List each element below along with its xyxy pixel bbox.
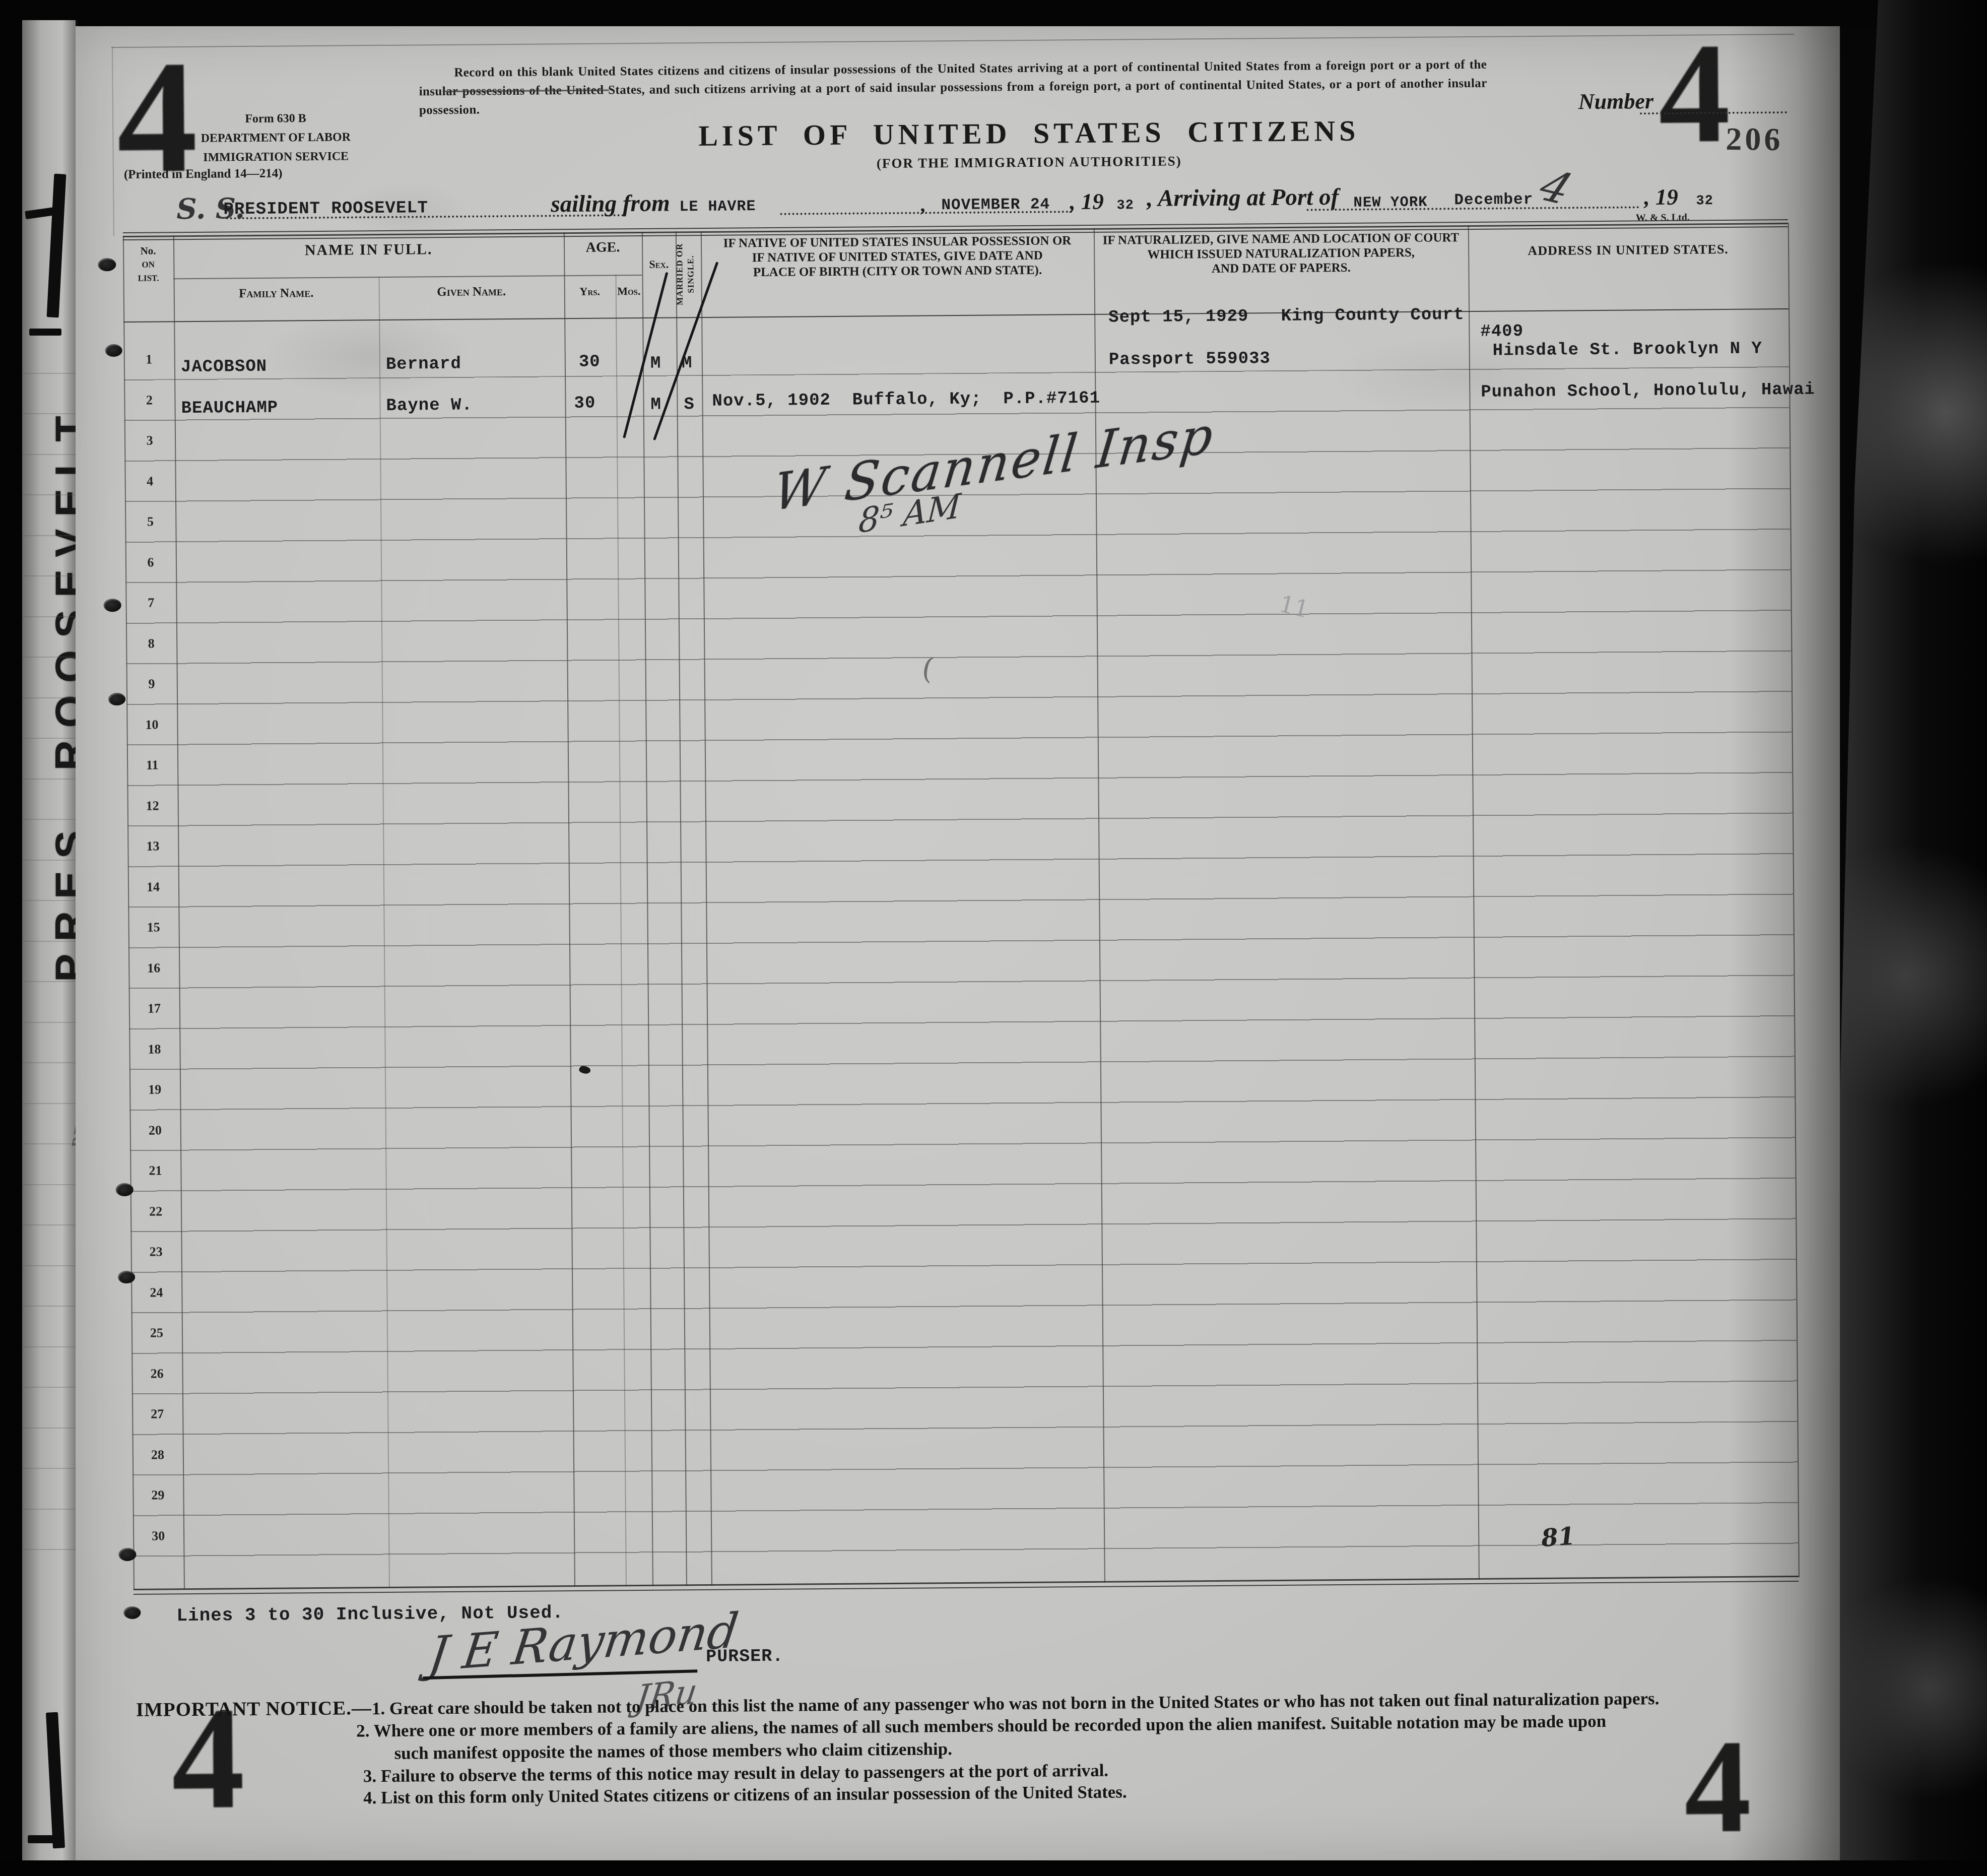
header-given-name: Given Name. xyxy=(379,284,564,300)
row2-given-name: Bayne W. xyxy=(386,396,473,416)
row1-sex: M xyxy=(650,354,661,373)
row-number: 21 xyxy=(130,1163,180,1179)
row-number: 25 xyxy=(131,1325,182,1341)
row-number: 24 xyxy=(131,1285,181,1301)
row1-given-name: Bernard xyxy=(386,355,461,374)
arrival-month: December xyxy=(1454,191,1533,209)
row-number: 1 xyxy=(124,352,174,367)
corner-stamp-top-right: 4 xyxy=(1658,35,1731,151)
row-number: 7 xyxy=(125,595,176,611)
notice-line-3: such manifest opposite the names of thos… xyxy=(394,1739,952,1764)
row2-age-yrs: 30 xyxy=(574,394,595,413)
row2-family-name: BEAUCHAMP xyxy=(181,399,278,419)
header-birth: IF NATIVE OF UNITED STATES INSULAR POSSE… xyxy=(701,233,1094,280)
header-on: ON xyxy=(123,257,173,272)
arrival-port: NEW YORK xyxy=(1353,194,1427,211)
row-number: 12 xyxy=(127,798,178,814)
arrival-year-printed: , 19 xyxy=(1644,184,1678,211)
row2-sex: M xyxy=(650,396,661,415)
comma-separator: , xyxy=(920,192,925,216)
row-number: 5 xyxy=(125,514,175,530)
form-border-top xyxy=(111,34,1794,48)
row1-naturalization-line2: Passport 559033 xyxy=(1109,349,1271,370)
tally-mark: 81 xyxy=(1540,1522,1576,1552)
row-number: 26 xyxy=(131,1366,182,1382)
header-yrs: Yrs. xyxy=(564,285,616,298)
arrival-year-typed: 32 xyxy=(1696,193,1713,209)
manifest-sheet: 4 4 4 4 Form 630 B DEPARTMENT OF LABOR I… xyxy=(76,26,1840,1866)
punch-hole xyxy=(108,693,125,705)
row-number: 3 xyxy=(124,433,175,448)
notice-line-5: 4. List on this form only United States … xyxy=(363,1782,1127,1808)
row-number: 6 xyxy=(125,555,176,570)
punch-hole xyxy=(105,344,122,357)
header-sex: Sex. xyxy=(642,257,676,271)
row-number: 15 xyxy=(128,920,179,935)
form-service: IMMIGRATION SERVICE xyxy=(175,150,377,165)
departure-port: LE HAVRE xyxy=(679,198,756,216)
punch-hole xyxy=(104,599,121,612)
row-number: 9 xyxy=(126,676,177,692)
row1-family-name: JACOBSON xyxy=(181,357,268,377)
punch-hole xyxy=(98,258,116,271)
punch-hole xyxy=(118,1271,135,1283)
header-nat-line3: AND DATE OF PAPERS. xyxy=(1094,260,1468,277)
form-border-left xyxy=(112,47,114,236)
ship-name: PRESIDENT ROOSEVELT xyxy=(223,199,428,219)
form-instructions: Record on this blank United States citiz… xyxy=(419,55,1487,120)
row-number: 29 xyxy=(133,1487,183,1503)
margin-ink-mark xyxy=(28,1835,63,1843)
scan-left-band xyxy=(0,0,22,1876)
printed-note: (Printed in England 14—214) xyxy=(124,166,283,181)
row-number: 8 xyxy=(126,636,176,652)
purser-label: PURSER. xyxy=(706,1646,783,1667)
row2-birth-info: Nov.5, 1902 Buffalo, Ky; P.P.#7161 xyxy=(712,389,1100,411)
header-no-on-list: No. ON LIST. xyxy=(123,244,174,285)
row-number: 17 xyxy=(129,1001,179,1016)
header-no: No. xyxy=(123,244,173,258)
row-number: 28 xyxy=(133,1447,183,1463)
header-birth-line3: PLACE OF BIRTH (CITY OR TOWN AND STATE). xyxy=(701,263,1094,280)
agent-imprint: W. & S. Ltd. xyxy=(1636,212,1690,224)
header-mos: Mos. xyxy=(616,285,642,298)
header-family-name: Family Name. xyxy=(174,286,379,301)
header-nat-line2: WHICH ISSUED NATURALIZATION PAPERS, xyxy=(1094,245,1468,263)
row-number: 11 xyxy=(127,757,177,773)
year-typed: 32 xyxy=(1116,198,1134,213)
punch-hole xyxy=(118,1548,136,1561)
row1-age-yrs: 30 xyxy=(579,353,601,372)
table-row-ruling xyxy=(124,366,1798,1559)
row-number: 23 xyxy=(131,1244,181,1260)
row-number: 18 xyxy=(129,1042,179,1057)
header-married-line2: SINGLE. xyxy=(685,231,697,317)
sailing-from-label: sailing from xyxy=(551,189,670,218)
header-married-line1: MARRIED OR xyxy=(674,231,686,317)
row-number: 27 xyxy=(132,1406,182,1422)
margin-ink-mark xyxy=(29,329,61,336)
header-age: AGE. xyxy=(564,239,642,256)
page-title: LIST OF UNITED STATES CITIZENS xyxy=(449,112,1608,155)
row1-naturalization-line1: Sept 15, 1929 King County Court xyxy=(1108,305,1465,328)
row1-address-line2: Hinsdale St. Brooklyn N Y xyxy=(1493,339,1762,360)
arriving-label: , Arriving at Port of xyxy=(1147,183,1339,212)
row-number: 16 xyxy=(128,960,179,976)
punch-hole xyxy=(116,1183,134,1196)
header-name-in-full: NAME IN FULL. xyxy=(173,240,564,260)
row1-address-line1: #409 xyxy=(1480,322,1524,342)
row-number: 14 xyxy=(128,879,178,895)
header-married-or-single: MARRIED OR SINGLE. xyxy=(674,231,703,317)
binding-strip-ruling xyxy=(22,373,76,1555)
table-header-mid-rule xyxy=(174,275,642,279)
page-curl-shadow xyxy=(1729,26,1840,1866)
row-number: 20 xyxy=(130,1123,180,1138)
row-number: 10 xyxy=(126,717,177,733)
departure-date: NOVEMBER 24 xyxy=(941,196,1050,215)
page-subtitle: (FOR THE IMMIGRATION AUTHORITIES) xyxy=(450,150,1609,175)
form-number: Form 630 B xyxy=(195,111,356,126)
header-naturalization: IF NATURALIZED, GIVE NAME AND LOCATION O… xyxy=(1094,230,1469,277)
row-number: 30 xyxy=(133,1528,183,1544)
row-number: 13 xyxy=(127,838,178,854)
row-number: 2 xyxy=(124,393,174,408)
row-number: 22 xyxy=(130,1204,181,1219)
number-label: Number xyxy=(1578,88,1654,114)
form-department: DEPARTMENT OF LABOR xyxy=(175,131,376,146)
row-number: 19 xyxy=(129,1082,180,1097)
header-list: LIST. xyxy=(123,271,173,285)
scan-right-edge xyxy=(1840,0,1987,1876)
row-number: 4 xyxy=(125,474,175,489)
notice-label: IMPORTANT NOTICE.— xyxy=(136,1697,372,1721)
punch-hole xyxy=(123,1606,141,1619)
row2-married-status: S xyxy=(684,395,695,414)
year-printed: , 19 xyxy=(1070,188,1104,215)
scanned-manifest-page: PRES. ROOSEVELT DEC 4 - 1932 4 4 4 4 For… xyxy=(0,0,1987,1876)
scan-bottom-band xyxy=(0,1860,1987,1876)
